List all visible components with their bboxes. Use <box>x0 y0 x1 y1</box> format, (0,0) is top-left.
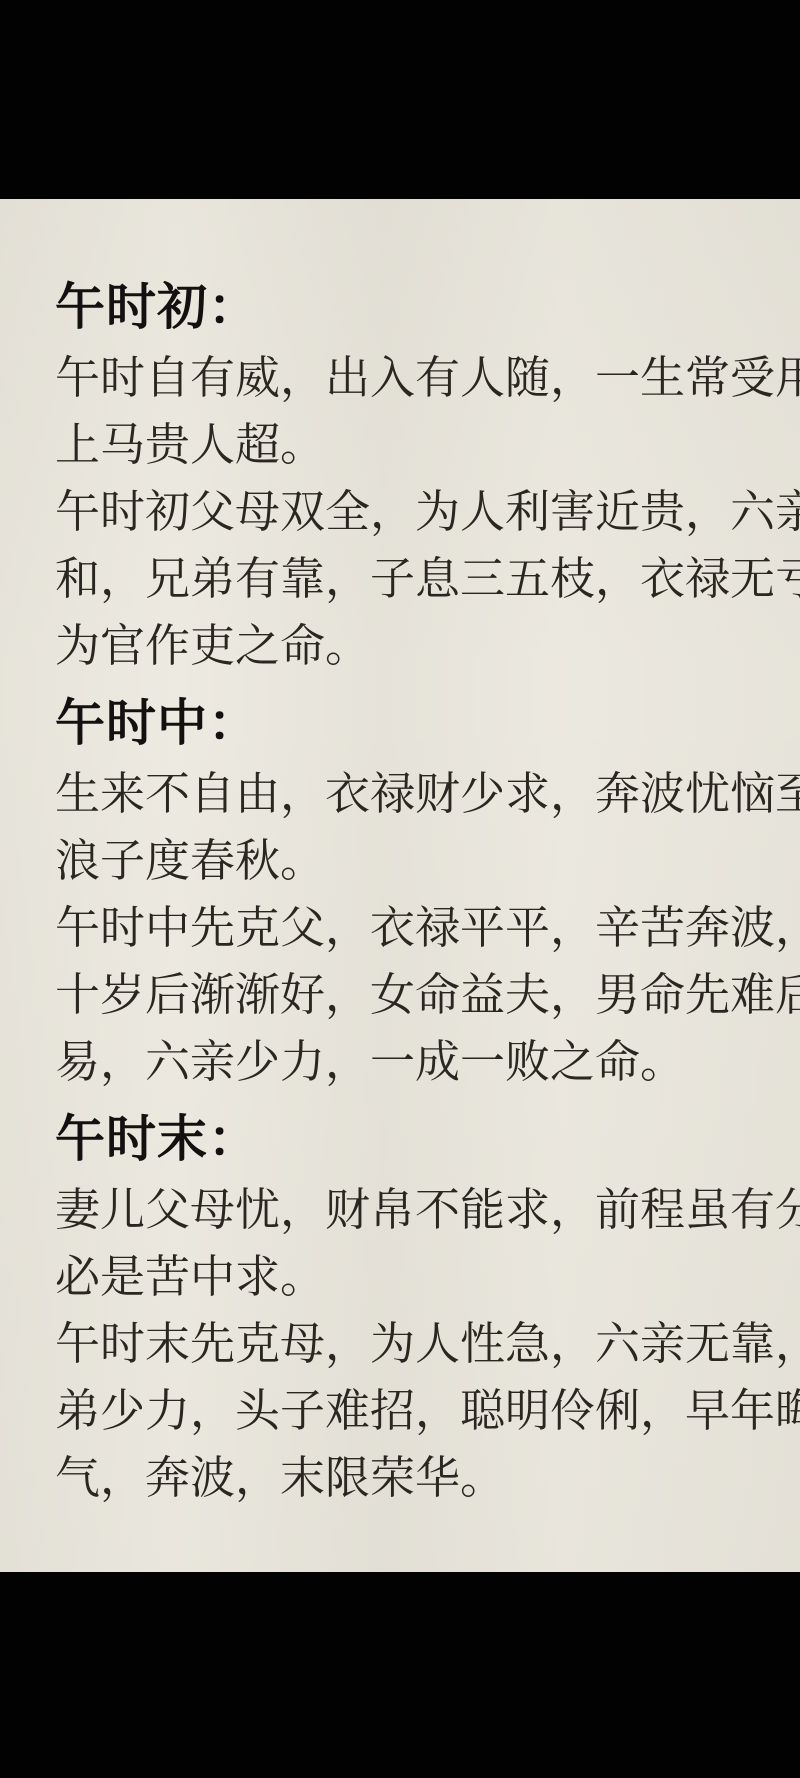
text-line: 午时中先克父，衣禄平平，辛苦奔波，三 <box>55 895 745 962</box>
text-line: 午时末先克母，为人性急，六亲无靠，兄 <box>55 1311 745 1378</box>
text-line: 必是苦中求。 <box>55 1244 745 1311</box>
section-heading: 午时初： <box>55 274 745 341</box>
section-heading: 午时末： <box>55 1106 745 1173</box>
section-wushi-zhong: 午时中： 生来不自由，衣禄财少求，奔波忧恼至， 浪子度春秋。 午时中先克父，衣禄… <box>55 690 745 1096</box>
text-line: 妻儿父母忧，财帛不能求，前程虽有分， <box>55 1177 745 1244</box>
text-line: 弟少力，头子难招，聪明伶俐，早年晦 <box>55 1378 745 1445</box>
bottom-letterbox <box>0 1572 800 1778</box>
text-line: 易，六亲少力，一成一败之命。 <box>55 1029 745 1096</box>
text-line: 上马贵人超。 <box>55 412 745 479</box>
text-line: 生来不自由，衣禄财少求，奔波忧恼至， <box>55 761 745 828</box>
text-line: 和，兄弟有靠，子息三五枝，衣禄无亏， <box>55 546 745 613</box>
text-line: 为官作吏之命。 <box>55 613 745 680</box>
section-wushi-chu: 午时初： 午时自有威，出入有人随，一生常受用， 上马贵人超。 午时初父母双全，为… <box>55 274 745 680</box>
text-line: 午时自有威，出入有人随，一生常受用， <box>55 345 745 412</box>
text-line: 浪子度春秋。 <box>55 828 745 895</box>
top-letterbox <box>0 0 800 199</box>
document-page: 午时初： 午时自有威，出入有人随，一生常受用， 上马贵人超。 午时初父母双全，为… <box>0 199 800 1572</box>
section-heading: 午时中： <box>55 690 745 757</box>
text-line: 午时初父母双全，为人利害近贵，六亲 <box>55 479 745 546</box>
text-line: 十岁后渐渐好，女命益夫，男命先难后 <box>55 962 745 1029</box>
section-wushi-mo: 午时末： 妻儿父母忧，财帛不能求，前程虽有分， 必是苦中求。 午时末先克母，为人… <box>55 1106 745 1512</box>
text-line: 气，奔波，末限荣华。 <box>55 1445 745 1512</box>
